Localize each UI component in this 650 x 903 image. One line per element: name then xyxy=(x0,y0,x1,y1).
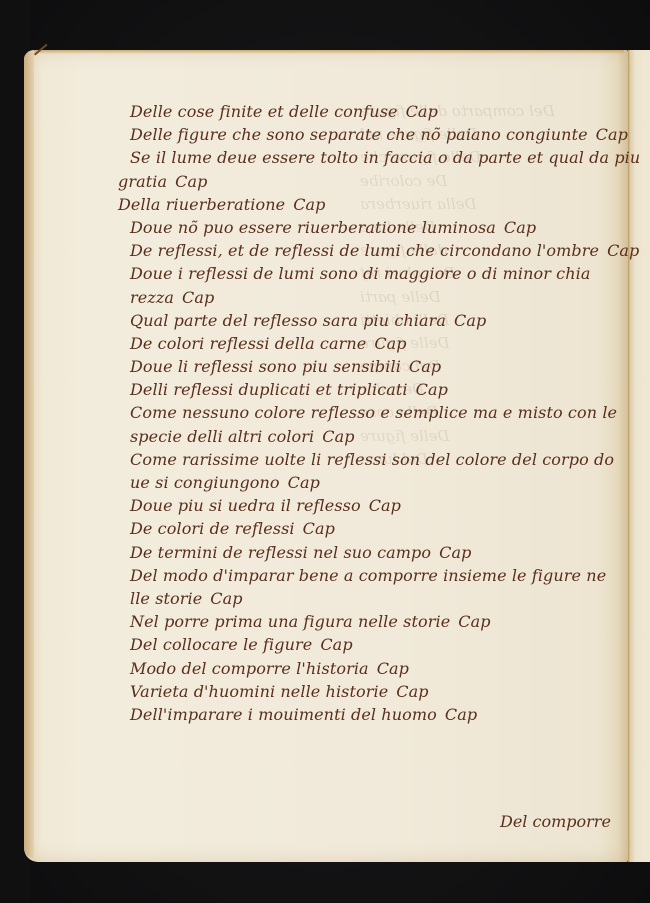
toc-line: Se il lume deue essere tolto in faccia o… xyxy=(130,146,590,169)
toc-line: Doue li reflessi sono piu sensibiliCap xyxy=(130,355,590,378)
toc-line: Nel porre prima una figura nelle storieC… xyxy=(130,610,590,633)
table-of-contents: Delle cose finite et delle confuseCap De… xyxy=(130,100,590,726)
toc-line: Della riuerberationeCap xyxy=(118,193,590,216)
toc-line: Del collocare le figureCap xyxy=(130,633,590,656)
page-top-edge xyxy=(34,50,624,54)
toc-line: De termini de reflessi nel suo campoCap xyxy=(130,541,590,564)
toc-line: De reflessi, et de reflessi de lumi che … xyxy=(130,239,590,262)
toc-line: Doue i reflessi de lumi sono di maggiore… xyxy=(130,262,590,285)
toc-line: Del modo d'imparar bene a comporre insie… xyxy=(130,564,590,587)
toc-line: specie delli altri coloriCap xyxy=(130,425,590,448)
toc-line: lle storieCap xyxy=(130,587,590,610)
toc-line: Doue nõ puo essere riuerberatione lumino… xyxy=(130,216,590,239)
toc-line: Delli reflessi duplicati et triplicatiCa… xyxy=(130,378,590,401)
toc-line: De colori de reflessiCap xyxy=(130,517,590,540)
catchword: Del comporre xyxy=(500,812,611,831)
toc-line: De colori reflessi della carneCap xyxy=(130,332,590,355)
toc-line: Modo del comporre l'historiaCap xyxy=(130,657,590,680)
toc-line: Dell'imparare i mouimenti del huomoCap xyxy=(130,703,590,726)
adjacent-page-edge xyxy=(628,50,650,862)
toc-line: Doue piu si uedra il reflessoCap xyxy=(130,494,590,517)
toc-line: Delle cose finite et delle confuseCap xyxy=(130,100,590,123)
toc-line: rezzaCap xyxy=(130,286,590,309)
toc-line: ue si congiungonoCap xyxy=(130,471,590,494)
gutter-shadow xyxy=(618,50,630,862)
page-stack-edge xyxy=(24,52,34,858)
toc-line: Come nessuno colore reflesso e semplice … xyxy=(130,401,590,424)
toc-line: Come rarissime uolte li reflessi son del… xyxy=(130,448,590,471)
toc-line: gratiaCap xyxy=(118,170,590,193)
toc-line: Qual parte del reflesso sara piu chiaraC… xyxy=(130,309,590,332)
toc-line: Delle figure che sono separate che nõ pa… xyxy=(130,123,590,146)
toc-line: Varieta d'huomini nelle historieCap xyxy=(130,680,590,703)
